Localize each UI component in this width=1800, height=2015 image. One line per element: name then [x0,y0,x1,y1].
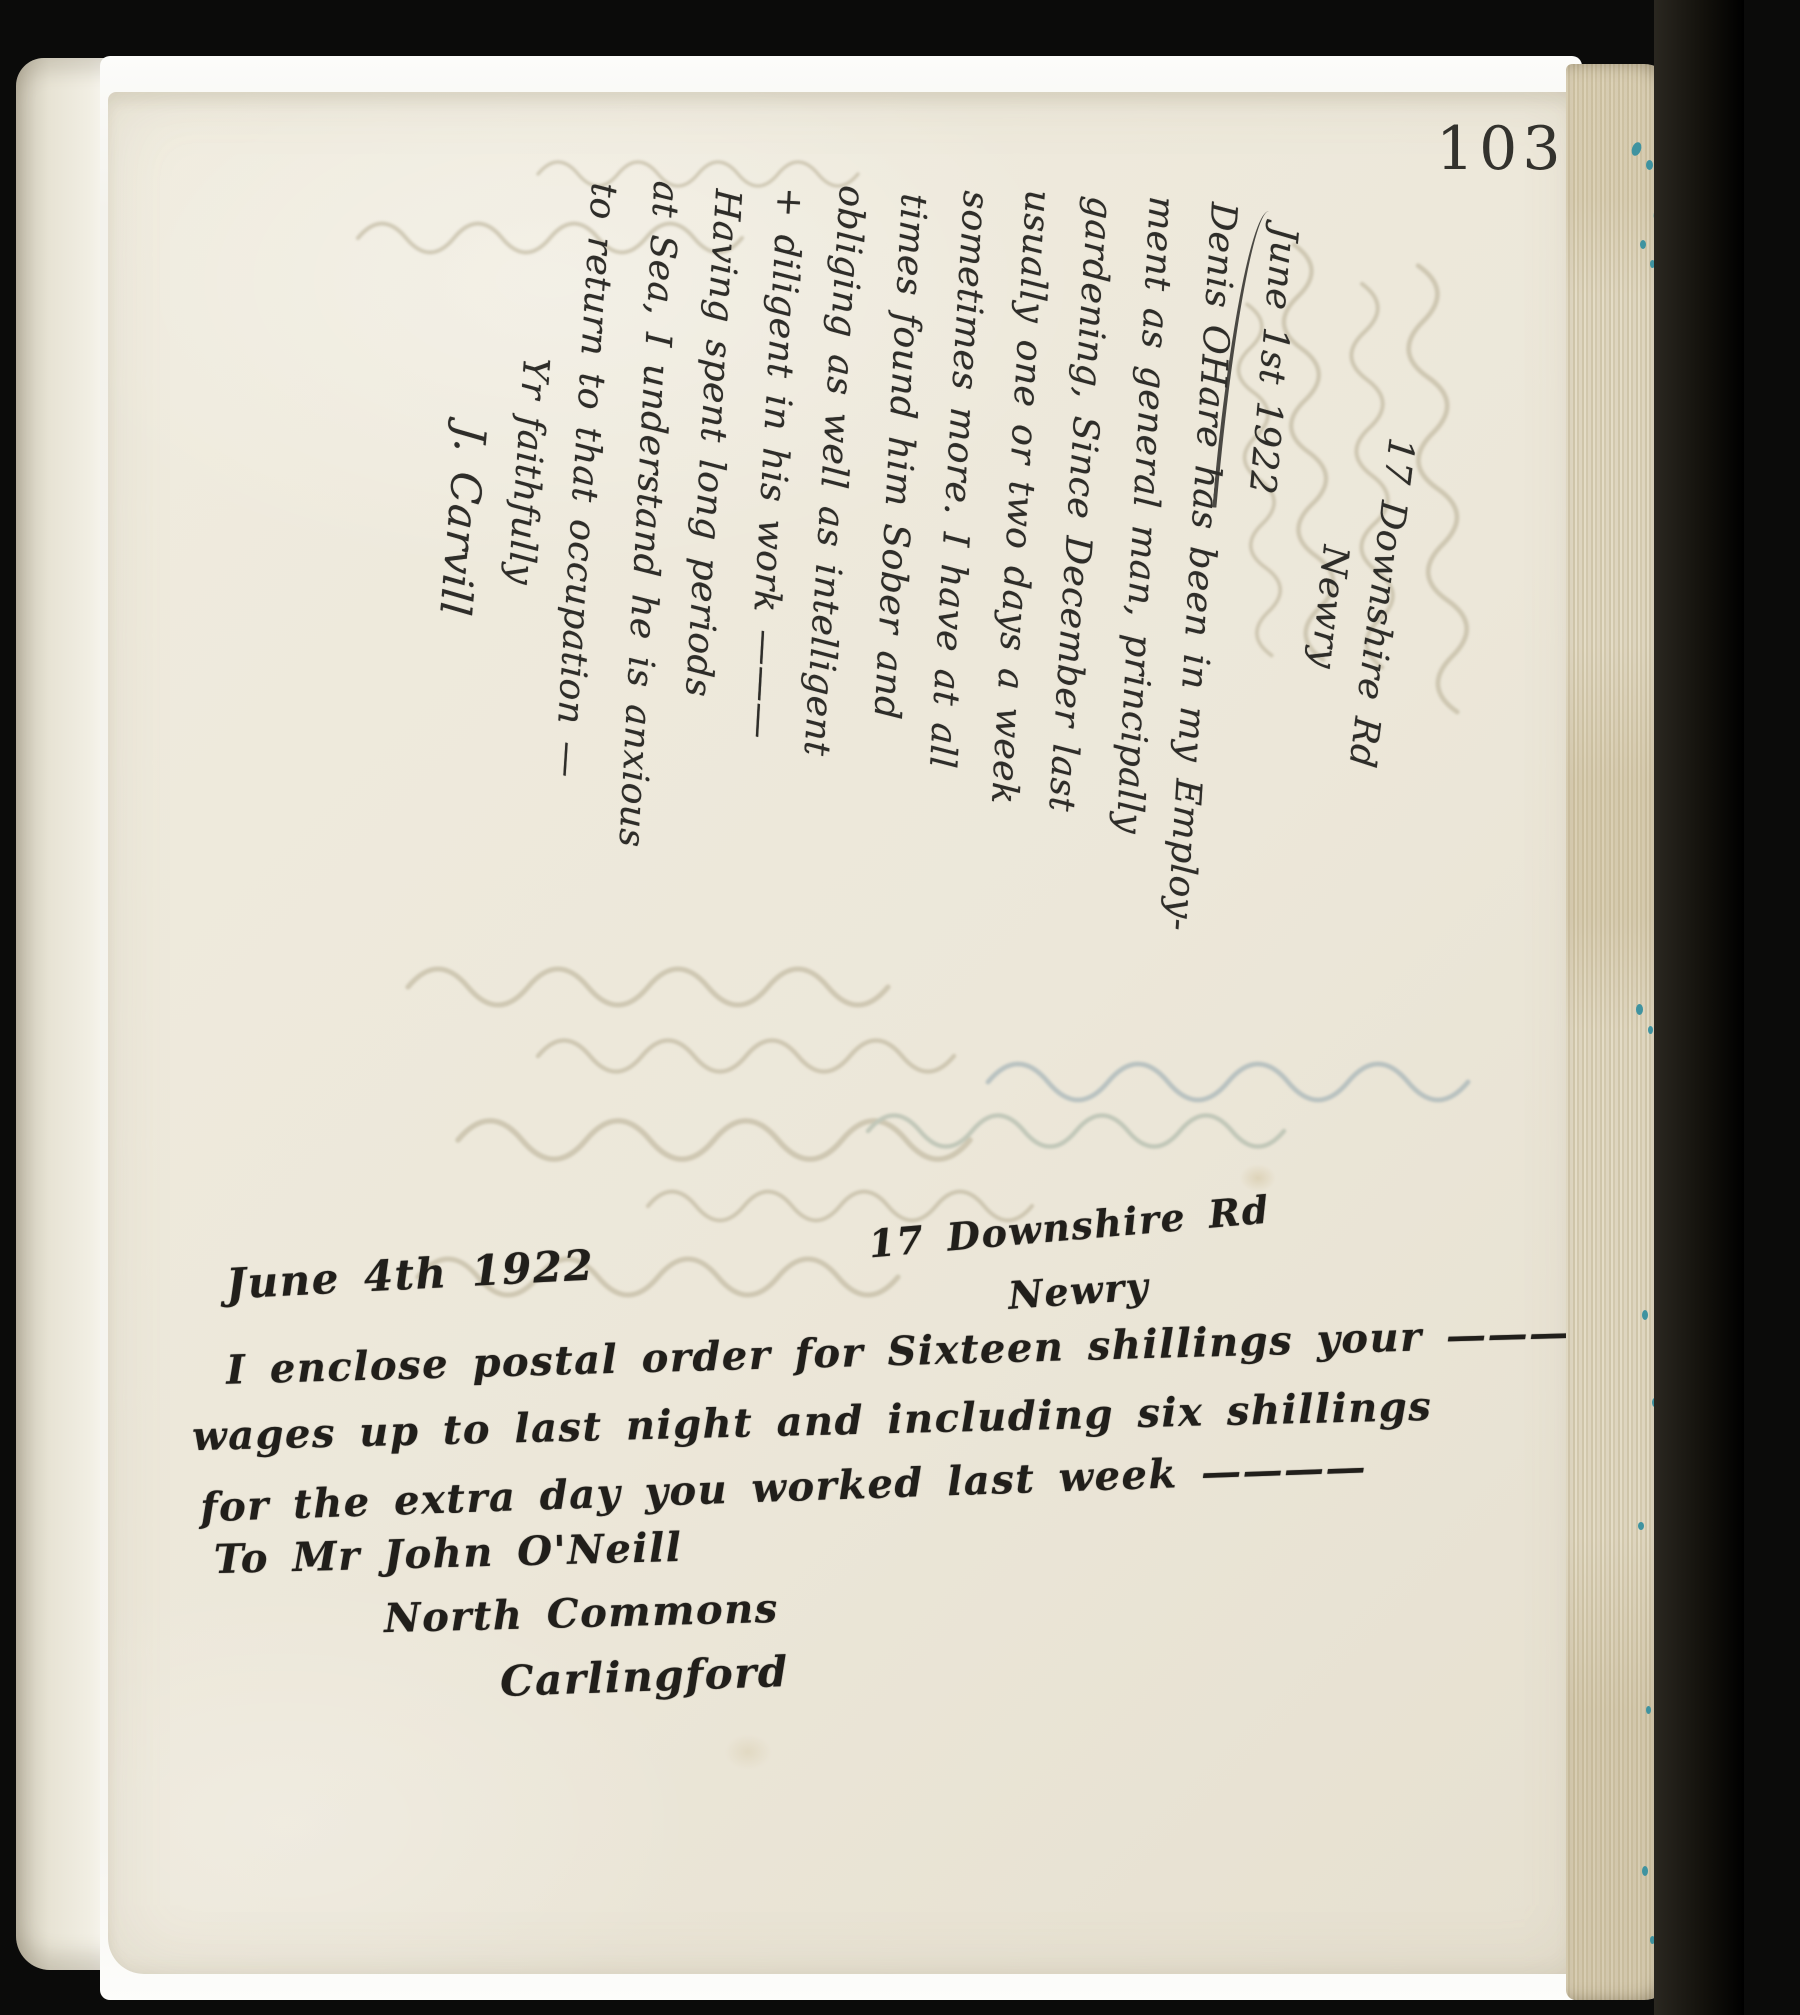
ink-speck [1636,1004,1643,1015]
book-cover-edge [1654,0,1744,2015]
ink-speck [1646,1706,1651,1714]
ink-speck [1648,1026,1653,1034]
ink-speck [1640,240,1646,249]
ink-speck [1642,1310,1648,1320]
ink-speck [1642,1866,1648,1876]
ink-speck [1638,1522,1644,1530]
manuscript-page: 103 17 Downsh [108,92,1584,1974]
ink-speck [1646,160,1653,170]
ink-speck [1630,141,1643,157]
wages-letter-recipient-town: Carlingford [499,1647,789,1706]
photographed-book-scene: 103 17 Downsh [0,0,1800,2015]
reference-letter-rotated: 17 Downshire Rd Newry June 1st 1922 Deni… [403,169,1440,984]
